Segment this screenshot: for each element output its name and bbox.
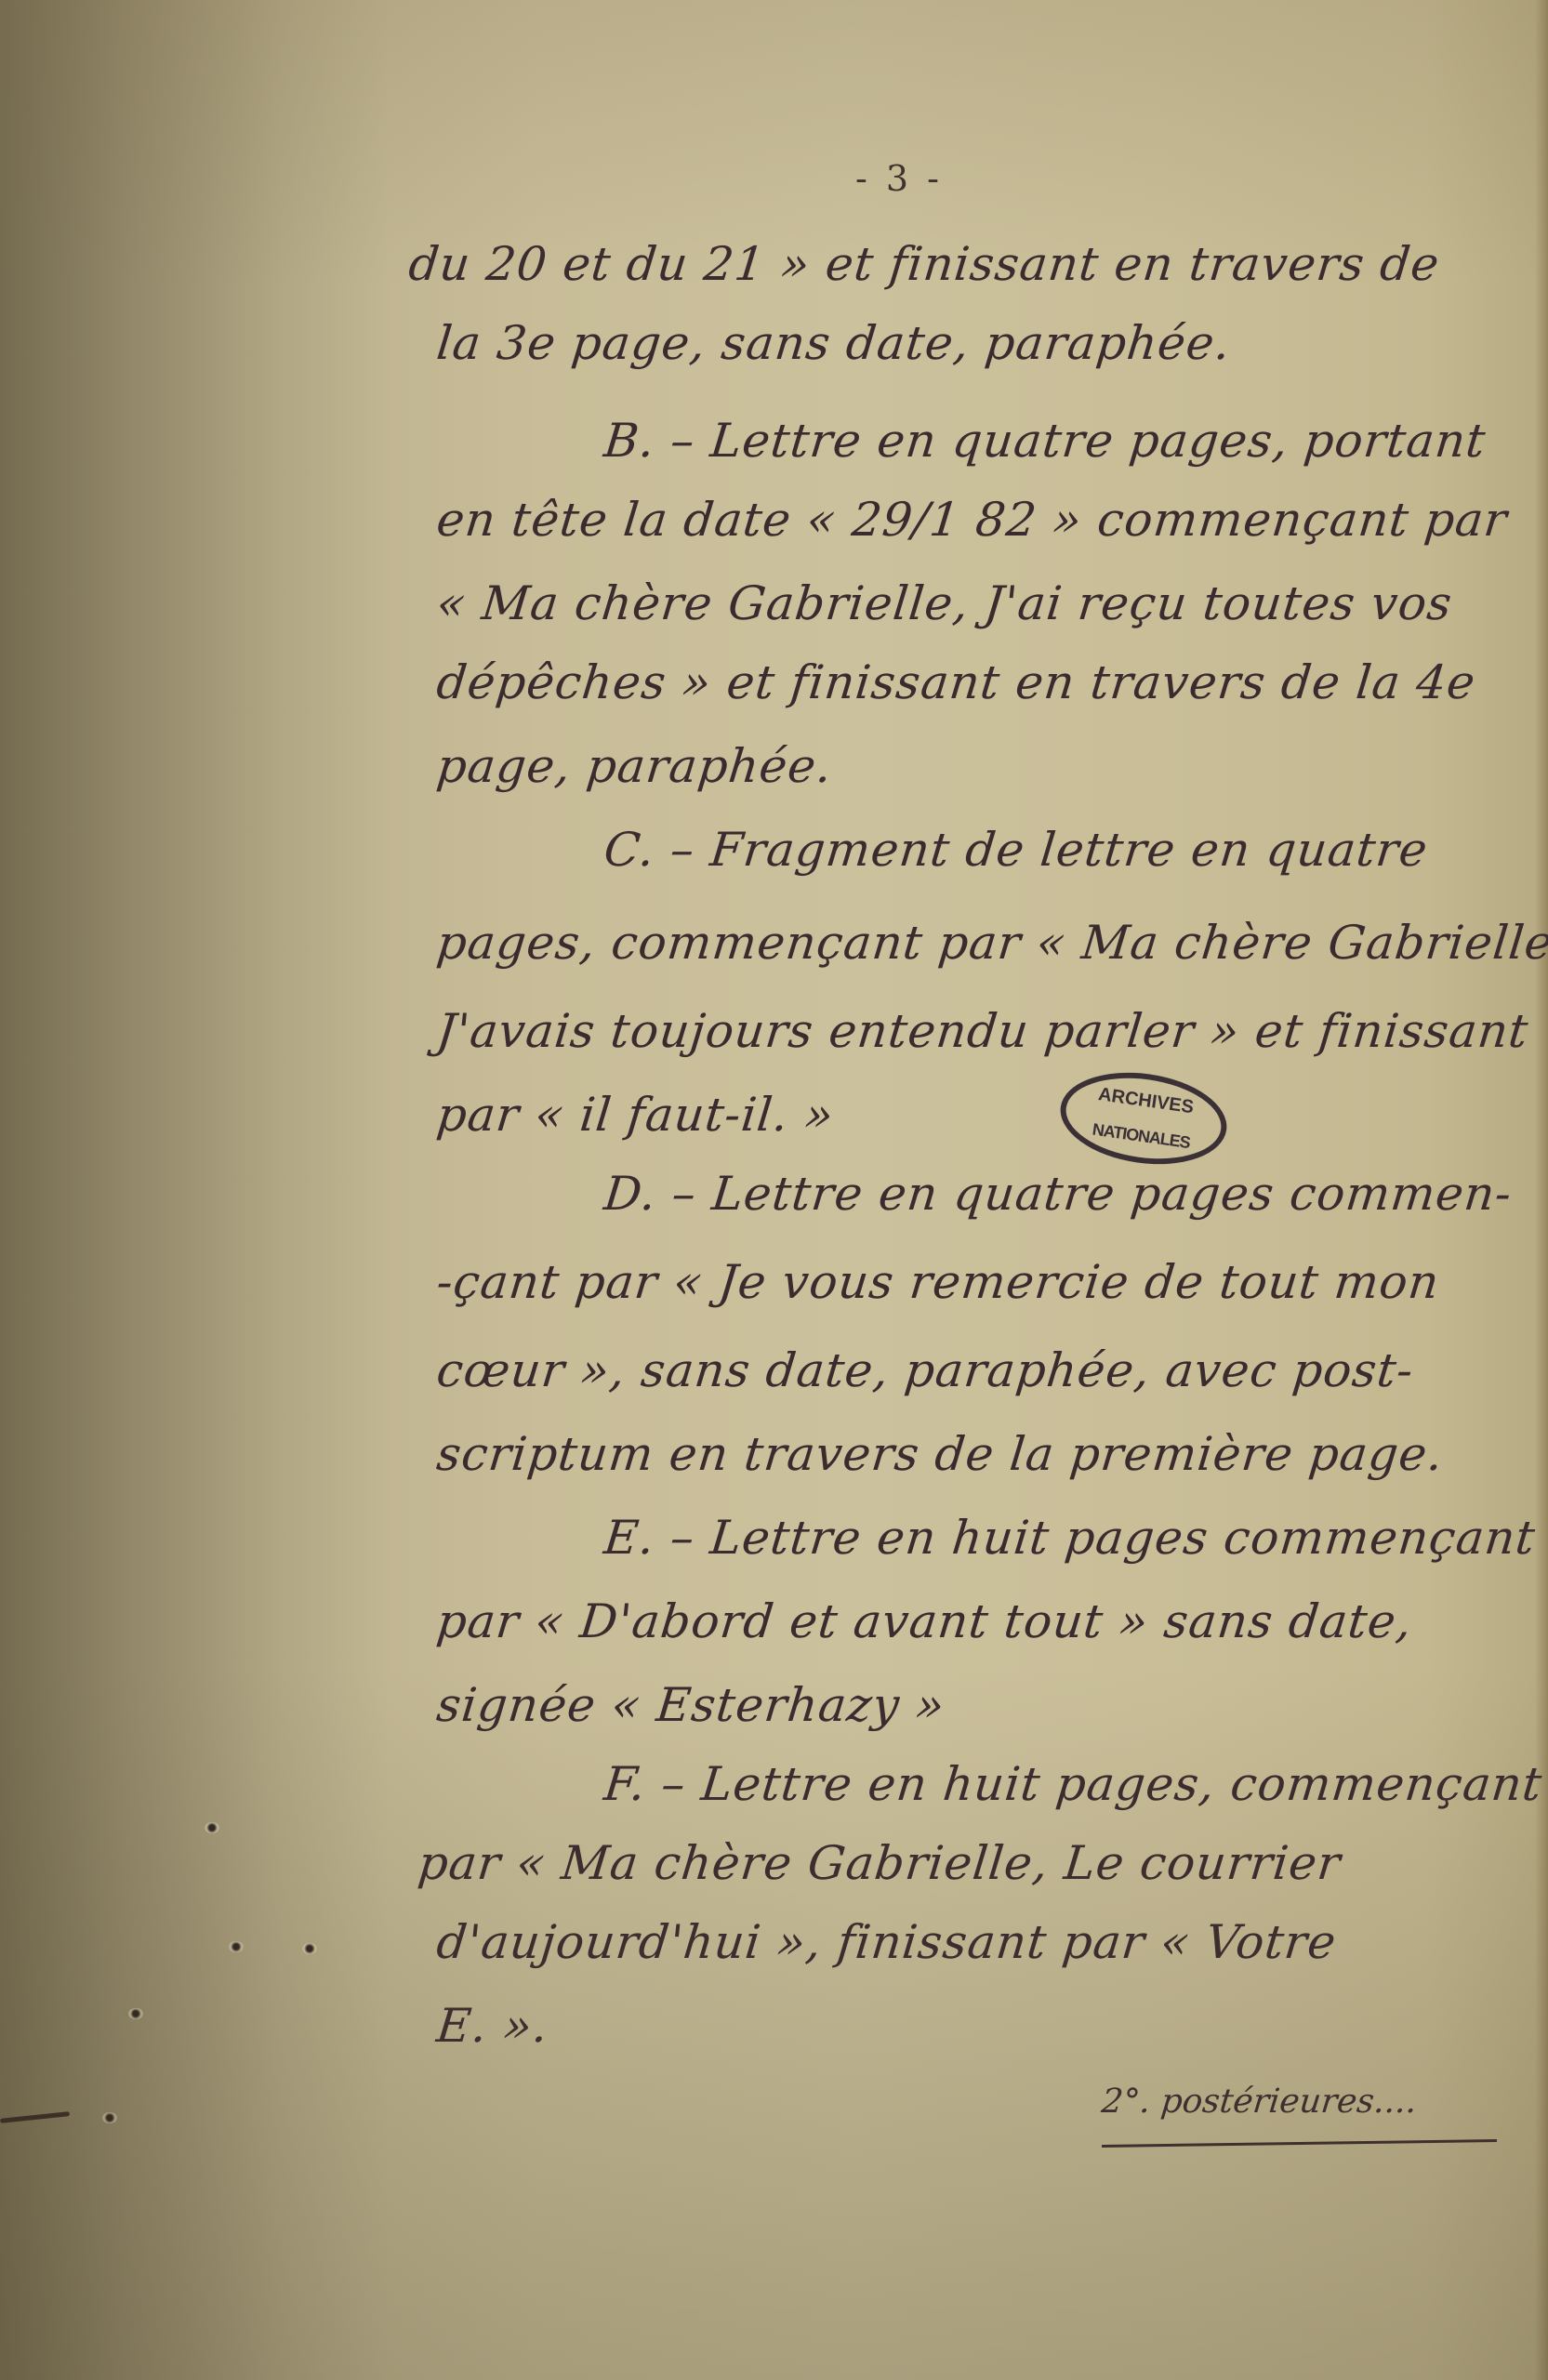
stamp-top-text: ARCHIVES bbox=[1067, 1080, 1225, 1123]
text-line: d'aujourd'hui », finissant par « Votre bbox=[434, 1915, 1339, 1969]
text-line: signée « Esterhazy » bbox=[434, 1678, 947, 1732]
entry-c-heading: C. – Fragment de lettre en quatre bbox=[602, 823, 1431, 877]
catchword: 2°. postérieures.... bbox=[1100, 2082, 1419, 2121]
text-line: par « D'abord et avant tout » sans date, bbox=[434, 1594, 1415, 1648]
page-edge bbox=[1535, 0, 1548, 2380]
catchword-underline bbox=[1102, 2139, 1497, 2148]
entry-f-heading: F. – Lettre en huit pages, commençant bbox=[602, 1757, 1545, 1811]
page-number: - 3 - bbox=[855, 158, 943, 199]
binding-hole bbox=[205, 1822, 219, 1833]
page-shadow bbox=[0, 0, 390, 2380]
text-line: « Ma chère Gabrielle, J'ai reçu toutes v… bbox=[434, 576, 1455, 630]
text-line: la 3e page, sans date, paraphée. bbox=[434, 316, 1234, 370]
text-line: par « il faut-il. » bbox=[434, 1088, 837, 1142]
text-line: pages, commençant par « Ma chère Gabriel… bbox=[434, 916, 1548, 970]
text-line: du 20 et du 21 » et finissant en travers… bbox=[406, 237, 1442, 291]
binding-string bbox=[0, 2111, 70, 2123]
binding-hole bbox=[302, 1943, 317, 1954]
binding-hole bbox=[128, 2008, 143, 2019]
text-line: E. ». bbox=[434, 1999, 551, 2053]
text-line: dépêches » et finissant en travers de la… bbox=[434, 655, 1478, 709]
entry-d-heading: D. – Lettre en quatre pages commen- bbox=[602, 1167, 1515, 1221]
binding-hole bbox=[229, 1941, 244, 1952]
text-line: par « Ma chère Gabrielle, Le courrier bbox=[416, 1836, 1343, 1890]
entry-b-heading: B. – Lettre en quatre pages, portant bbox=[602, 414, 1488, 468]
text-line: page, paraphée. bbox=[434, 739, 835, 793]
text-line: scriptum en travers de la première page. bbox=[434, 1427, 1446, 1481]
text-line: cœur », sans date, paraphée, avec post- bbox=[434, 1343, 1416, 1397]
text-line: J'avais toujours entendu parler » et fin… bbox=[434, 1004, 1531, 1058]
stamp-bottom-text: NATIONALES bbox=[1063, 1116, 1220, 1157]
binding-hole bbox=[102, 2112, 117, 2123]
text-line: -çant par « Je vous remercie de tout mon bbox=[434, 1255, 1442, 1309]
entry-e-heading: E. – Lettre en huit pages commençant bbox=[602, 1511, 1539, 1565]
archives-nationales-stamp: ARCHIVES NATIONALES bbox=[1054, 1063, 1233, 1174]
text-line: en tête la date « 29/1 82 » commençant p… bbox=[434, 493, 1510, 547]
